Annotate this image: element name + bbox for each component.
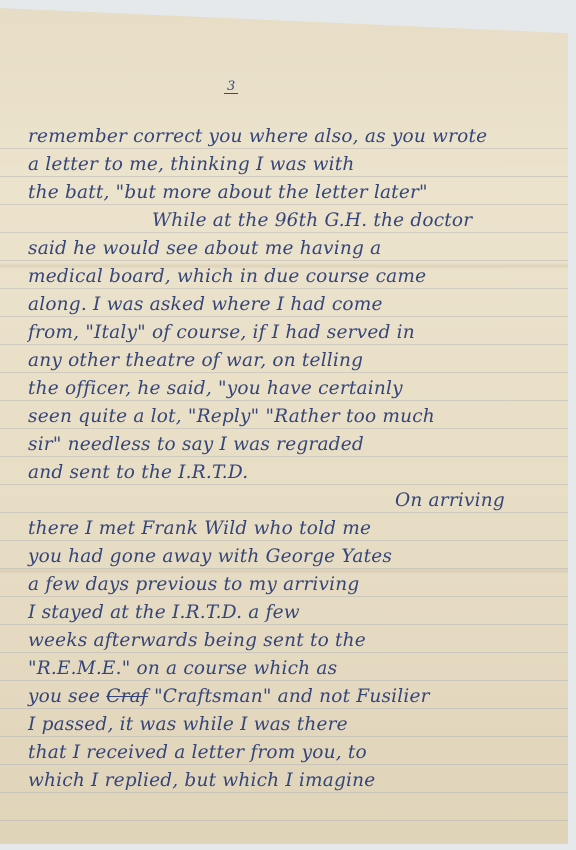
page-number: 3 xyxy=(224,80,238,94)
handwritten-line: remember correct you where also, as you … xyxy=(28,126,548,148)
handwritten-text: you see xyxy=(28,686,100,707)
ruled-line xyxy=(0,792,568,793)
handwritten-line: seen quite a lot, "Reply" "Rather too mu… xyxy=(28,406,548,428)
ruled-line xyxy=(0,344,568,345)
ruled-line xyxy=(0,624,568,625)
handwritten-line: from, "Italy" of course, if I had served… xyxy=(28,322,548,344)
handwritten-line: you see Craf "Craftsman" and not Fusilie… xyxy=(28,686,548,708)
handwritten-line: that I received a letter from you, to xyxy=(28,742,548,764)
ruled-line xyxy=(0,176,568,177)
ruled-line xyxy=(0,400,568,401)
handwritten-line: sir" needless to say I was regraded xyxy=(28,434,548,456)
handwritten-line: On arriving xyxy=(395,490,568,512)
ruled-line xyxy=(0,372,568,373)
handwritten-line: there I met Frank Wild who told me xyxy=(28,518,548,540)
ruled-line xyxy=(0,652,568,653)
handwritten-line: While at the 96th G.H. the doctor xyxy=(152,210,568,232)
handwritten-line: a letter to me, thinking I was with xyxy=(28,154,548,176)
handwritten-line: I passed, it was while I was there xyxy=(28,714,548,736)
scanned-page: 3 remember correct you where also, as yo… xyxy=(0,0,576,850)
ruled-line xyxy=(0,260,568,261)
ruled-line xyxy=(0,540,568,541)
handwritten-line: medical board, which in due course came xyxy=(28,266,548,288)
handwritten-line: and sent to the I.R.T.D. xyxy=(28,462,548,484)
ruled-line xyxy=(0,764,568,765)
ruled-line xyxy=(0,232,568,233)
handwritten-line: you had gone away with George Yates xyxy=(28,546,548,568)
ruled-line xyxy=(0,456,568,457)
ruled-line xyxy=(0,736,568,737)
ruled-line xyxy=(0,288,568,289)
ruled-line xyxy=(0,820,568,821)
handwritten-line: any other theatre of war, on telling xyxy=(28,350,548,372)
handwritten-line: "R.E.M.E." on a course which as xyxy=(28,658,548,680)
ruled-line xyxy=(0,204,568,205)
struck-out-word: Craf xyxy=(106,686,148,707)
handwritten-line: the batt, "but more about the letter lat… xyxy=(28,182,548,204)
ruled-line xyxy=(0,596,568,597)
ruled-line xyxy=(0,484,568,485)
handwritten-line: said he would see about me having a xyxy=(28,238,548,260)
ruled-line xyxy=(0,428,568,429)
handwritten-line: the officer, he said, "you have certainl… xyxy=(28,378,548,400)
ruled-line xyxy=(0,316,568,317)
handwritten-line: I stayed at the I.R.T.D. a few xyxy=(28,602,548,624)
ruled-line xyxy=(0,148,568,149)
handwritten-line: along. I was asked where I had come xyxy=(28,294,548,316)
ruled-line xyxy=(0,708,568,709)
handwritten-line: weeks afterwards being sent to the xyxy=(28,630,548,652)
letter-paper: 3 remember correct you where also, as yo… xyxy=(0,8,568,844)
handwritten-text: "Craftsman" and not Fusilier xyxy=(154,686,430,707)
ruled-line xyxy=(0,512,568,513)
handwritten-line: a few days previous to my arriving xyxy=(28,574,548,596)
handwritten-line: which I replied, but which I imagine xyxy=(28,770,548,792)
ruled-line xyxy=(0,680,568,681)
